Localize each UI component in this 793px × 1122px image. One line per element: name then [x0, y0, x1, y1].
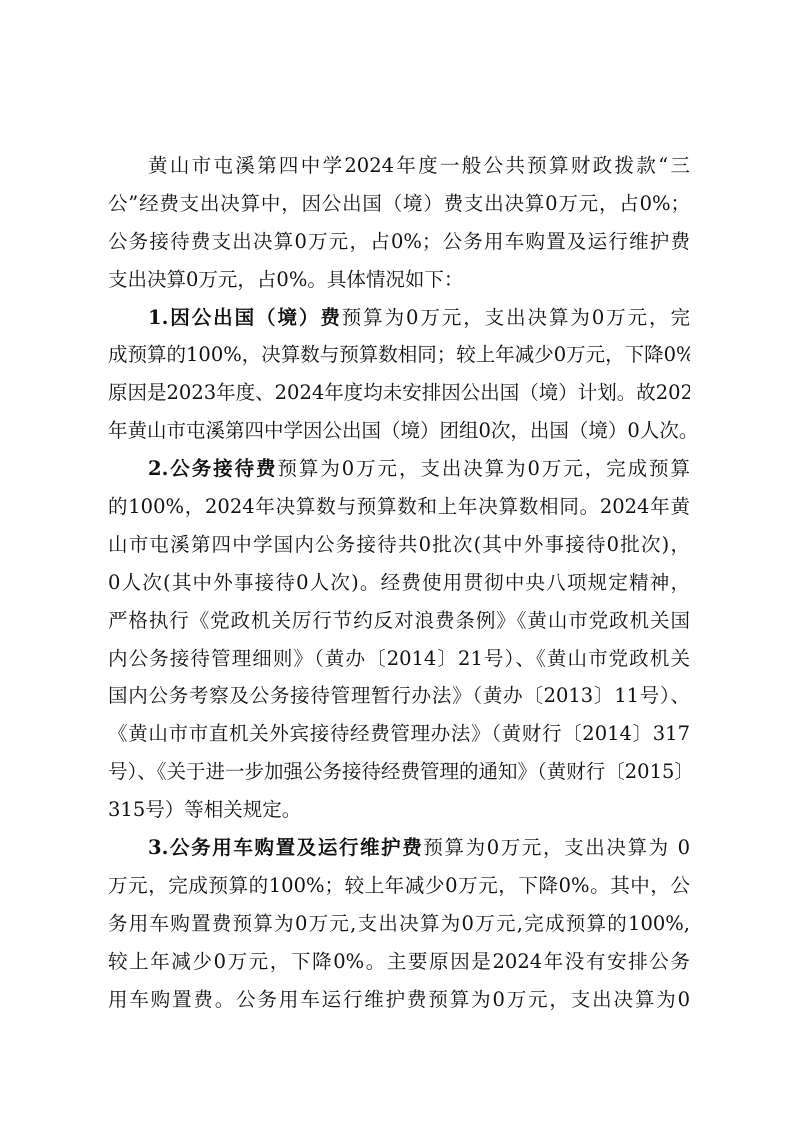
line-text: 内公务接待管理细则》（黄办〔2014〕21号）、《黄山市党政机关	[108, 647, 690, 670]
text-line: 315号）等相关规定。	[108, 791, 690, 829]
text-line: 公务接待费支出决算0万元，占0%；公务用车购置及运行维护费	[108, 223, 690, 261]
text-line: 《黄山市市直机关外宾接待经费管理办法》（黄财行〔2014〕317	[108, 715, 690, 753]
line-text: 支出决算0万元，占0%。具体情况如下：	[108, 268, 463, 291]
line-text: 《黄山市市直机关外宾接待经费管理办法》（黄财行〔2014〕317	[108, 722, 690, 745]
text-line: 山市屯溪第四中学国内公务接待共0批次(其中外事接待0批次)，	[108, 526, 690, 564]
text-line: 黄山市屯溪第四中学2024年度一般公共预算财政拨款“三	[108, 147, 690, 185]
line-text: 原因是2023年度、2024年度均未安排因公出国（境）计划。故2023	[108, 381, 690, 404]
text-line: 严格执行《党政机关厉行节约反对浪费条例》《黄山市党政机关国	[108, 602, 690, 640]
line-text: 预算为0万元，支出决算为0万元，完成预算	[277, 457, 690, 480]
text-line: 成预算的100%，决算数与预算数相同；较上年减少0万元，下降0%。	[108, 336, 690, 374]
text-line: 1.因公出国（境）费预算为0万元，支出决算为0万元，完	[108, 299, 690, 337]
document-page: 黄山市屯溪第四中学2024年度一般公共预算财政拨款“三 公”经费支出决算中，因公…	[0, 0, 793, 1122]
summary-paragraph: 黄山市屯溪第四中学2024年度一般公共预算财政拨款“三 公”经费支出决算中，因公…	[108, 147, 690, 299]
section-heading: 2.公务接待费	[148, 457, 277, 480]
line-text: 较上年减少0万元，下降0%。主要原因是2024年没有安排公务	[108, 950, 690, 973]
line-text: 公务接待费支出决算0万元，占0%；公务用车购置及运行维护费	[108, 230, 690, 253]
line-text: 成预算的100%，决算数与预算数相同；较上年减少0万元，下降0%。	[108, 343, 690, 366]
text-line: 原因是2023年度、2024年度均未安排因公出国（境）计划。故2023	[108, 374, 690, 412]
text-line: 的100%，2024年决算数与预算数和上年决算数相同。2024年黄	[108, 488, 690, 526]
line-text: 315号）等相关规定。	[108, 798, 301, 821]
line-text: 万元，完成预算的100%；较上年减少0万元，下降0%。其中，公	[108, 874, 690, 897]
line-text: 务用车购置费预算为0万元,支出决算为0万元,完成预算的100%,	[108, 912, 690, 935]
text-line: 国内公务考察及公务接待管理暂行办法》（黄办〔2013〕11号）、	[108, 677, 690, 715]
section-1-paragraph: 1.因公出国（境）费预算为0万元，支出决算为0万元，完 成预算的100%，决算数…	[108, 299, 690, 451]
document-body: 黄山市屯溪第四中学2024年度一般公共预算财政拨款“三 公”经费支出决算中，因公…	[108, 147, 690, 1018]
text-line: 年黄山市屯溪第四中学因公出国（境）团组0次，出国（境）0人次。	[108, 412, 690, 450]
text-line: 万元，完成预算的100%；较上年减少0万元，下降0%。其中，公	[108, 867, 690, 905]
line-text: 号）、《关于进一步加强公务接待经费管理的通知》（黄财行〔2015〕	[108, 760, 690, 783]
line-text: 的100%，2024年决算数与预算数和上年决算数相同。2024年黄	[108, 495, 690, 518]
text-line: 较上年减少0万元，下降0%。主要原因是2024年没有安排公务	[108, 943, 690, 981]
section-heading: 3.公务用车购置及运行维护费	[148, 836, 423, 859]
text-line: 务用车购置费预算为0万元,支出决算为0万元,完成预算的100%,	[108, 905, 690, 943]
line-text: 0人次(其中外事接待0人次)。经费使用贯彻中央八项规定精神，	[108, 571, 690, 594]
text-line: 2.公务接待费预算为0万元，支出决算为0万元，完成预算	[108, 450, 690, 488]
text-line: 内公务接待管理细则》（黄办〔2014〕21号）、《黄山市党政机关	[108, 640, 690, 678]
line-text: 用车购置费。公务用车运行维护费预算为0万元，支出决算为0	[108, 988, 690, 1011]
text-line: 号）、《关于进一步加强公务接待经费管理的通知》（黄财行〔2015〕	[108, 753, 690, 791]
text-line: 3.公务用车购置及运行维护费预算为0万元，支出决算为 0	[108, 829, 690, 867]
line-text: 公”经费支出决算中，因公出国（境）费支出决算0万元，占0%；	[108, 192, 690, 215]
line-text: 黄山市屯溪第四中学2024年度一般公共预算财政拨款“三	[148, 154, 690, 177]
text-line: 0人次(其中外事接待0人次)。经费使用贯彻中央八项规定精神，	[108, 564, 690, 602]
section-2-paragraph: 2.公务接待费预算为0万元，支出决算为0万元，完成预算 的100%，2024年决…	[108, 450, 690, 829]
line-text: 预算为0万元，支出决算为0万元，完	[342, 306, 690, 329]
line-text: 山市屯溪第四中学国内公务接待共0批次(其中外事接待0批次)，	[108, 533, 690, 556]
text-line: 支出决算0万元，占0%。具体情况如下：	[108, 261, 690, 299]
line-text: 国内公务考察及公务接待管理暂行办法》（黄办〔2013〕11号）、	[108, 684, 690, 707]
line-text: 年黄山市屯溪第四中学因公出国（境）团组0次，出国（境）0人次。	[108, 419, 690, 442]
line-text: 预算为0万元，支出决算为 0	[423, 836, 690, 859]
section-heading: 1.因公出国（境）费	[148, 306, 342, 329]
text-line: 公”经费支出决算中，因公出国（境）费支出决算0万元，占0%；	[108, 185, 690, 223]
text-line: 用车购置费。公务用车运行维护费预算为0万元，支出决算为0	[108, 981, 690, 1019]
section-3-paragraph: 3.公务用车购置及运行维护费预算为0万元，支出决算为 0 万元，完成预算的100…	[108, 829, 690, 1018]
line-text: 严格执行《党政机关厉行节约反对浪费条例》《黄山市党政机关国	[108, 609, 690, 632]
